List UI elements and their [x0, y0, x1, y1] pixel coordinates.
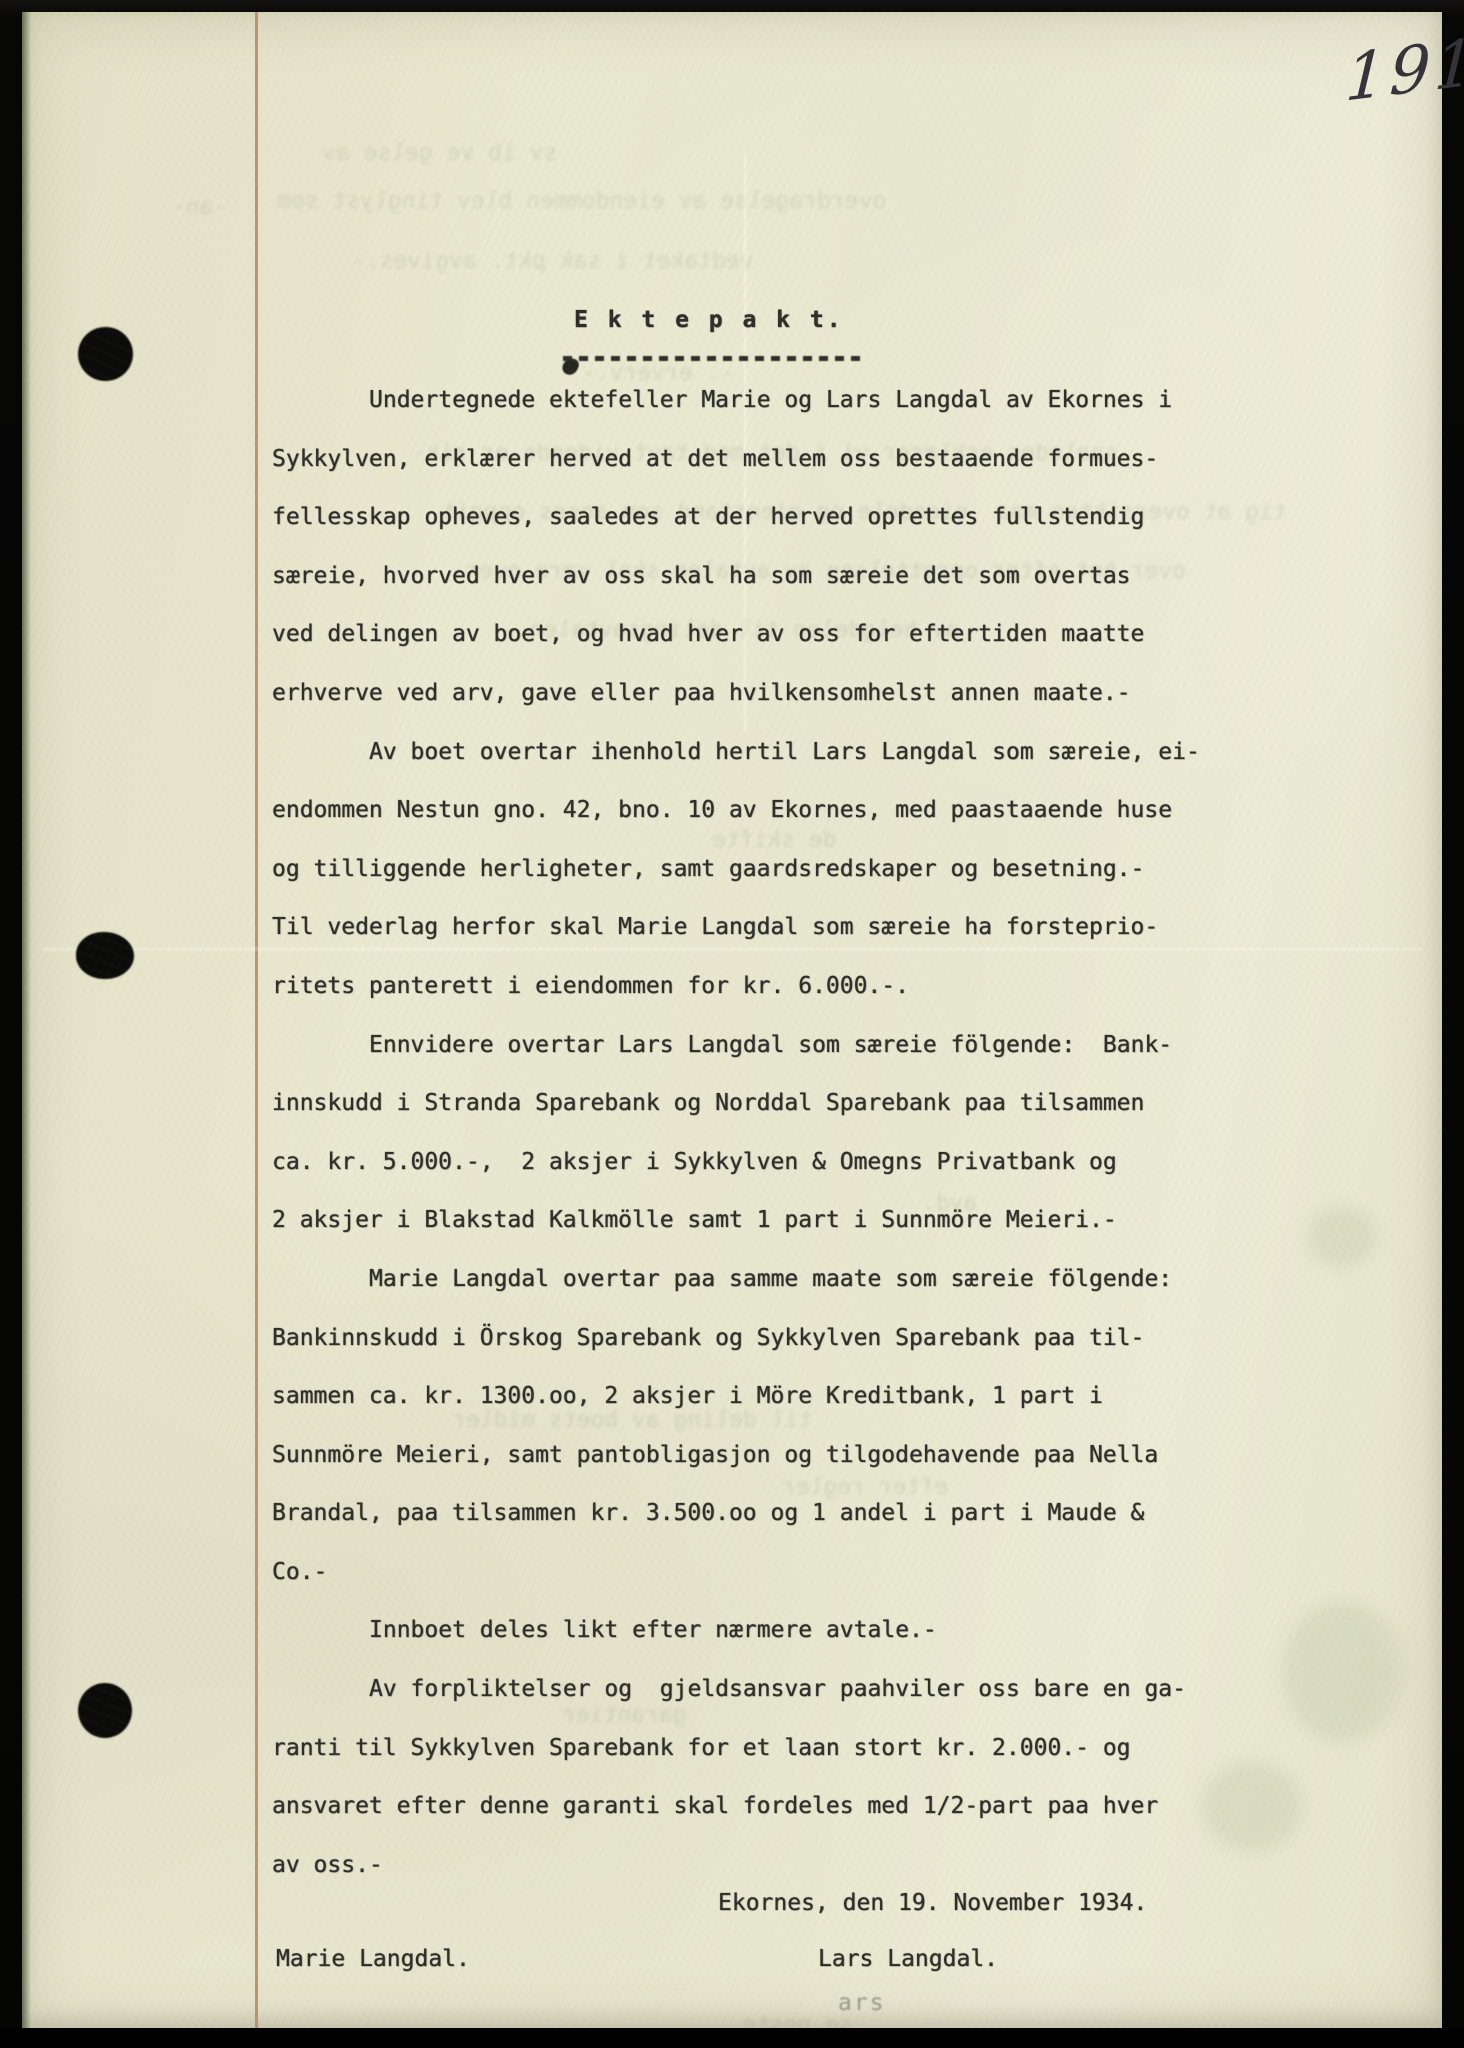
margin-rule-line [255, 12, 258, 2028]
document-line: Undertegnede ektefeller Marie og Lars La… [272, 371, 1212, 430]
document-line: ansvaret efter denne garanti skal fordel… [272, 1777, 1212, 1836]
faint-initials: ars [838, 1990, 886, 2016]
document-line: Co.- [272, 1543, 1212, 1602]
document-line: Av forpliktelser og gjeldsansvar paahvil… [272, 1660, 1212, 1719]
scan-background: sv ib ve gelse avoverdragelse av eiendom… [0, 0, 1464, 2048]
signature-marie-langdal: Marie Langdal. [276, 1946, 470, 1972]
document-line: 2 aksjer i Blakstad Kalkmölle samt 1 par… [272, 1191, 1212, 1250]
title-underline [563, 356, 867, 361]
document-line: Sunnmöre Meieri, samt pantobligasjon og … [272, 1426, 1212, 1485]
document-page: sv ib ve gelse avoverdragelse av eiendom… [22, 12, 1442, 2028]
punch-hole-middle [76, 932, 134, 979]
document-line: Bankinnskudd i Örskog Sparebank og Sykky… [272, 1309, 1212, 1368]
document-line: Innboet deles likt efter nærmere avtale.… [272, 1601, 1212, 1660]
date-line: Ekornes, den 19. November 1934. [718, 1890, 1147, 1916]
paper-smudge [1282, 1602, 1402, 1742]
document-line: av oss.- [272, 1836, 1212, 1895]
document-title: E k t e p a k t. [574, 307, 844, 333]
document-line: ranti til Sykkylven Sparebank for et laa… [272, 1719, 1212, 1778]
document-line: Ennvidere overtar Lars Langdal som særei… [272, 1016, 1212, 1075]
document-body: Undertegnede ektefeller Marie og Lars La… [272, 371, 1212, 1894]
bleedthrough-fragment: overdragelse av eiendommen blev tinglyst… [277, 188, 886, 214]
document-line: endommen Nestun gno. 42, bno. 10 av Ekor… [272, 781, 1212, 840]
scan-bottom-edge [0, 2028, 1464, 2048]
document-line: ved delingen av boet, og hvad hver av os… [272, 605, 1212, 664]
document-line: Marie Langdal overtar paa samme maate so… [272, 1250, 1212, 1309]
document-line: ritets panterett i eiendommen for kr. 6.… [272, 957, 1212, 1016]
bleedthrough-fragment: sv ib ve gelse av [322, 140, 557, 166]
bleedthrough-fragment: vedtaket i sak pkt. avgives.- [352, 248, 754, 274]
signature-lars-langdal: Lars Langdal. [818, 1946, 998, 1972]
handwritten-page-number: 191 [1344, 25, 1464, 116]
document-line: erhverve ved arv, gave eller paa hvilken… [272, 664, 1212, 723]
document-line: og tilliggende herligheter, samt gaardsr… [272, 840, 1212, 899]
document-line: ca. kr. 5.000.-, 2 aksjer i Sykkylven & … [272, 1133, 1212, 1192]
document-line: Brandal, paa tilsammen kr. 3.500.oo og 1… [272, 1484, 1212, 1543]
document-line: Av boet overtar ihenhold hertil Lars Lan… [272, 723, 1212, 782]
document-line: Sykkylven, erklærer herved at det mellem… [272, 430, 1212, 489]
punch-hole-top [78, 327, 133, 381]
paper-smudge [1307, 1207, 1377, 1267]
document-line: særeie, hvorved hver av oss skal ha som … [272, 547, 1212, 606]
paper-smudge [1202, 1762, 1302, 1852]
document-line: innskudd i Stranda Sparebank og Norddal … [272, 1074, 1212, 1133]
document-line: Til vederlag herfor skal Marie Langdal s… [272, 898, 1212, 957]
document-line: sammen ca. kr. 1300.oo, 2 aksjer i Möre … [272, 1367, 1212, 1426]
bleedthrough-fragment: -an- [172, 194, 227, 220]
punch-hole-bottom [78, 1683, 132, 1738]
document-line: fellesskap opheves, saaledes at der herv… [272, 488, 1212, 547]
binding-edge [22, 12, 31, 2028]
